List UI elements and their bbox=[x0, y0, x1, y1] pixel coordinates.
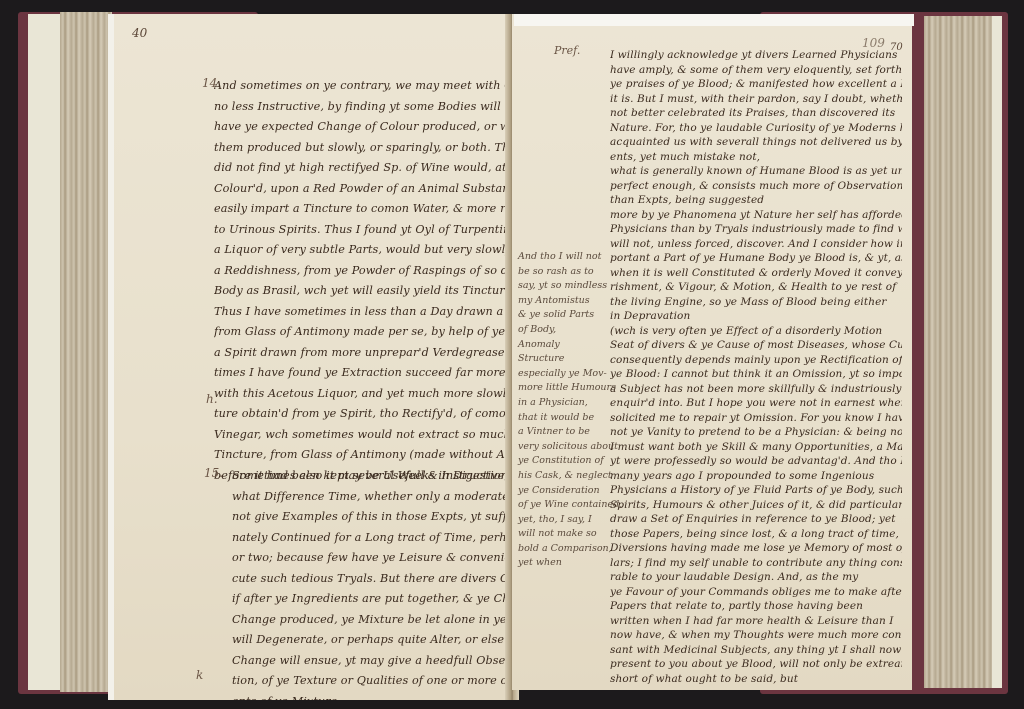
margin-line: & ye solid Parts bbox=[518, 308, 610, 323]
text-line: draw a Set of Enquiries in reference to … bbox=[610, 512, 902, 527]
text-line: than Expts, being suggested bbox=[610, 193, 902, 208]
text-line: Change will ensue, yt may give a heedful… bbox=[232, 651, 516, 672]
paragraph-15: Sometimes also it may be Usefull & Instr… bbox=[232, 466, 516, 700]
endpaper-right bbox=[992, 16, 1002, 688]
text-line: ye Blood: I cannot but think it an Omiss… bbox=[610, 367, 902, 382]
text-line: nately Continued for a Long tract of Tim… bbox=[232, 528, 516, 549]
margin-line: say, yt so mindless bbox=[518, 279, 610, 294]
margin-line: will not make so bbox=[518, 527, 610, 542]
margin-line: a Vintner to be bbox=[518, 425, 610, 440]
text-line: Change produced, ye Mixture be let alone… bbox=[232, 610, 516, 631]
margin-note: k bbox=[196, 668, 203, 682]
text-line: perfect enough, & consists much more of … bbox=[610, 179, 902, 194]
marginal-notes: And tho I will not be so rash as to say,… bbox=[518, 250, 610, 571]
text-line: many years ago I propounded to some Inge… bbox=[610, 469, 902, 484]
text-line: Diversions having made me lose ye Memory… bbox=[610, 541, 902, 556]
text-line: no less Instructive, by finding yt some … bbox=[214, 97, 516, 118]
text-line: portant a Part of ye Humane Body ye Bloo… bbox=[610, 251, 902, 266]
margin-line: my Antomistus bbox=[518, 294, 610, 309]
text-line: Papers that relate to, partly those havi… bbox=[610, 599, 902, 614]
text-line: from Glass of Antimony made per se, by h… bbox=[214, 322, 516, 343]
text-line: when it is well Constituted & orderly Mo… bbox=[610, 266, 902, 281]
paragraph-14: And sometimes on ye contrary, we may mee… bbox=[214, 76, 516, 486]
text-line: will not, unless forced, discover. And I… bbox=[610, 237, 902, 252]
text-line: Physicians a History of ye Fluid Parts o… bbox=[610, 483, 902, 498]
text-line: what is generally known of Humane Blood … bbox=[610, 164, 902, 179]
margin-line: ye Consideration bbox=[518, 484, 610, 499]
text-line: ture obtain'd from ye Spirit, tho Rectif… bbox=[214, 404, 516, 425]
text-line: did not find yt high rectifyed Sp. of Wi… bbox=[214, 158, 516, 179]
text-line: And sometimes on ye contrary, we may mee… bbox=[214, 76, 516, 97]
text-line: what Difference Time, whether only a mod… bbox=[232, 487, 516, 508]
text-line: Vinegar, wch sometimes would not extract… bbox=[214, 425, 516, 446]
text-line: not give Examples of this in those Expts… bbox=[232, 507, 516, 528]
text-line: short of what ought to be said, but bbox=[610, 672, 902, 687]
text-line: Seat of divers & ye Cause of most Diseas… bbox=[610, 338, 902, 353]
text-line: Body as Brasil, wch yet will easily yiel… bbox=[214, 281, 516, 302]
text-line: or two; because few have ye Leisure & co… bbox=[232, 548, 516, 569]
text-line: ye praises of ye Blood; & manifested how… bbox=[610, 77, 902, 92]
margin-line: yet when bbox=[518, 556, 610, 571]
text-line: Spirits, Humours & other Juices of it, &… bbox=[610, 498, 902, 513]
margin-line: more little Humours bbox=[518, 381, 610, 396]
text-line: enquir'd into. But I hope you were not i… bbox=[610, 396, 902, 411]
text-line: Sometimes also it may be Usefull & Instr… bbox=[232, 466, 516, 487]
text-line: Physicians than by Tryals industriously … bbox=[610, 222, 902, 237]
margin-line: very solicitous about bbox=[518, 440, 610, 455]
margin-line: Structure bbox=[518, 352, 610, 367]
text-line: ye Favour of your Commands obliges me to… bbox=[610, 585, 902, 600]
margin-line: that it would be bbox=[518, 411, 610, 426]
text-line: a Spirit drawn from more unprepar'd Verd… bbox=[214, 343, 516, 364]
page-edges-right bbox=[924, 16, 992, 688]
text-line: a Liquor of very subtle Parts, would but… bbox=[214, 240, 516, 261]
margin-line: his Cask, & neglect bbox=[518, 469, 610, 484]
text-line: not ye Vanity to pretend to be a Physici… bbox=[610, 425, 902, 440]
text-line: a Reddishness, from ye Powder of Rasping… bbox=[214, 261, 516, 282]
margin-line: in a Physician, bbox=[518, 396, 610, 411]
margin-line: And tho I will not bbox=[518, 250, 610, 265]
text-line: times I have found ye Extraction succeed… bbox=[214, 363, 516, 384]
text-line: not better celebrated its Praises, than … bbox=[610, 106, 902, 121]
text-line: those Papers, being since lost, & a long… bbox=[610, 527, 902, 542]
text-line: will Degenerate, or perhaps quite Alter,… bbox=[232, 630, 516, 651]
left-page: 40 14. And sometimes on ye contrary, we … bbox=[108, 14, 518, 700]
text-line: to Urinous Spirits. Thus I found yt Oyl … bbox=[214, 220, 516, 241]
margin-line: bold a Comparison, bbox=[518, 542, 610, 557]
text-line: cute such tedious Tryals. But there are … bbox=[232, 569, 516, 590]
text-line: tion, of ye Texture or Qualities of one … bbox=[232, 671, 516, 692]
text-line: Tincture, from Glass of Antimony (made w… bbox=[214, 445, 516, 466]
text-line: ents of ye Mixture. bbox=[232, 692, 516, 701]
text-line: easily impart a Tincture to comon Water,… bbox=[214, 199, 516, 220]
text-line: sant with Medicinal Subjects, any thing … bbox=[610, 643, 902, 658]
text-line: Colour'd, upon a Red Powder of an Animal… bbox=[214, 179, 516, 200]
margin-line: Anomaly bbox=[518, 338, 610, 353]
text-line: with this Acetous Liquor, and yet much m… bbox=[214, 384, 516, 405]
margin-line: ye Constitution of bbox=[518, 454, 610, 469]
margin-note: h. bbox=[206, 392, 218, 406]
text-line: yt were professedly so would be advantag… bbox=[610, 454, 902, 469]
text-line: them produced but slowly, or sparingly, … bbox=[214, 138, 516, 159]
text-line: rable to your laudable Design. And, as t… bbox=[610, 570, 902, 585]
text-line: rishment, & Vigour, & Motion, & Health t… bbox=[610, 280, 902, 295]
text-line: now have, & when my Thoughts were much m… bbox=[610, 628, 902, 643]
margin-line: of ye Wine contained, bbox=[518, 498, 610, 513]
text-line: a Subject has not been more skillfully &… bbox=[610, 382, 902, 397]
right-page: Pref. 109 70 I willingly acknowledge yt … bbox=[512, 14, 912, 690]
margin-line: especially ye Mov- bbox=[518, 367, 610, 382]
main-text: I willingly acknowledge yt divers Learne… bbox=[610, 48, 902, 686]
paragraph-marker: 15. bbox=[204, 466, 223, 480]
text-line: more by ye Phanomena yt Nature her self … bbox=[610, 208, 902, 223]
text-line: (wch is very often ye Effect of a disord… bbox=[610, 324, 902, 339]
text-line: Nature. For, tho ye laudable Curiosity o… bbox=[610, 121, 902, 136]
margin-line: of Body, bbox=[518, 323, 610, 338]
text-line: present to you about ye Blood, will not … bbox=[610, 657, 902, 672]
page-edges-left bbox=[60, 12, 112, 692]
text-line: have amply, & some of them very eloquent… bbox=[610, 63, 902, 78]
margin-line: be so rash as to bbox=[518, 265, 610, 280]
text-line: Thus I have sometimes in less than a Day… bbox=[214, 302, 516, 323]
text-line: written when I had far more health & Lei… bbox=[610, 614, 902, 629]
text-line: ents, yet much mistake not, bbox=[610, 150, 902, 165]
text-line: lars; I find my self unable to contribut… bbox=[610, 556, 902, 571]
text-line: if after ye Ingredients are put together… bbox=[232, 589, 516, 610]
text-line: consequently depends mainly upon ye Rect… bbox=[610, 353, 902, 368]
text-line: I willingly acknowledge yt divers Learne… bbox=[610, 48, 902, 63]
text-line: solicited me to repair yt Omission. For … bbox=[610, 411, 902, 426]
page-top-strip bbox=[514, 14, 914, 26]
text-line: acquainted us with severall things not d… bbox=[610, 135, 902, 150]
text-line: in Depravation bbox=[610, 309, 902, 324]
text-line: I must want both ye Skill & many Opportu… bbox=[610, 440, 902, 455]
text-line: the living Engine, so ye Mass of Blood b… bbox=[610, 295, 902, 310]
text-line: have ye expected Change of Colour produc… bbox=[214, 117, 516, 138]
text-line: it is. But I must, with their pardon, sa… bbox=[610, 92, 902, 107]
margin-line: yet, tho, I say, I bbox=[518, 513, 610, 528]
header-annotation: Pref. bbox=[554, 44, 580, 57]
